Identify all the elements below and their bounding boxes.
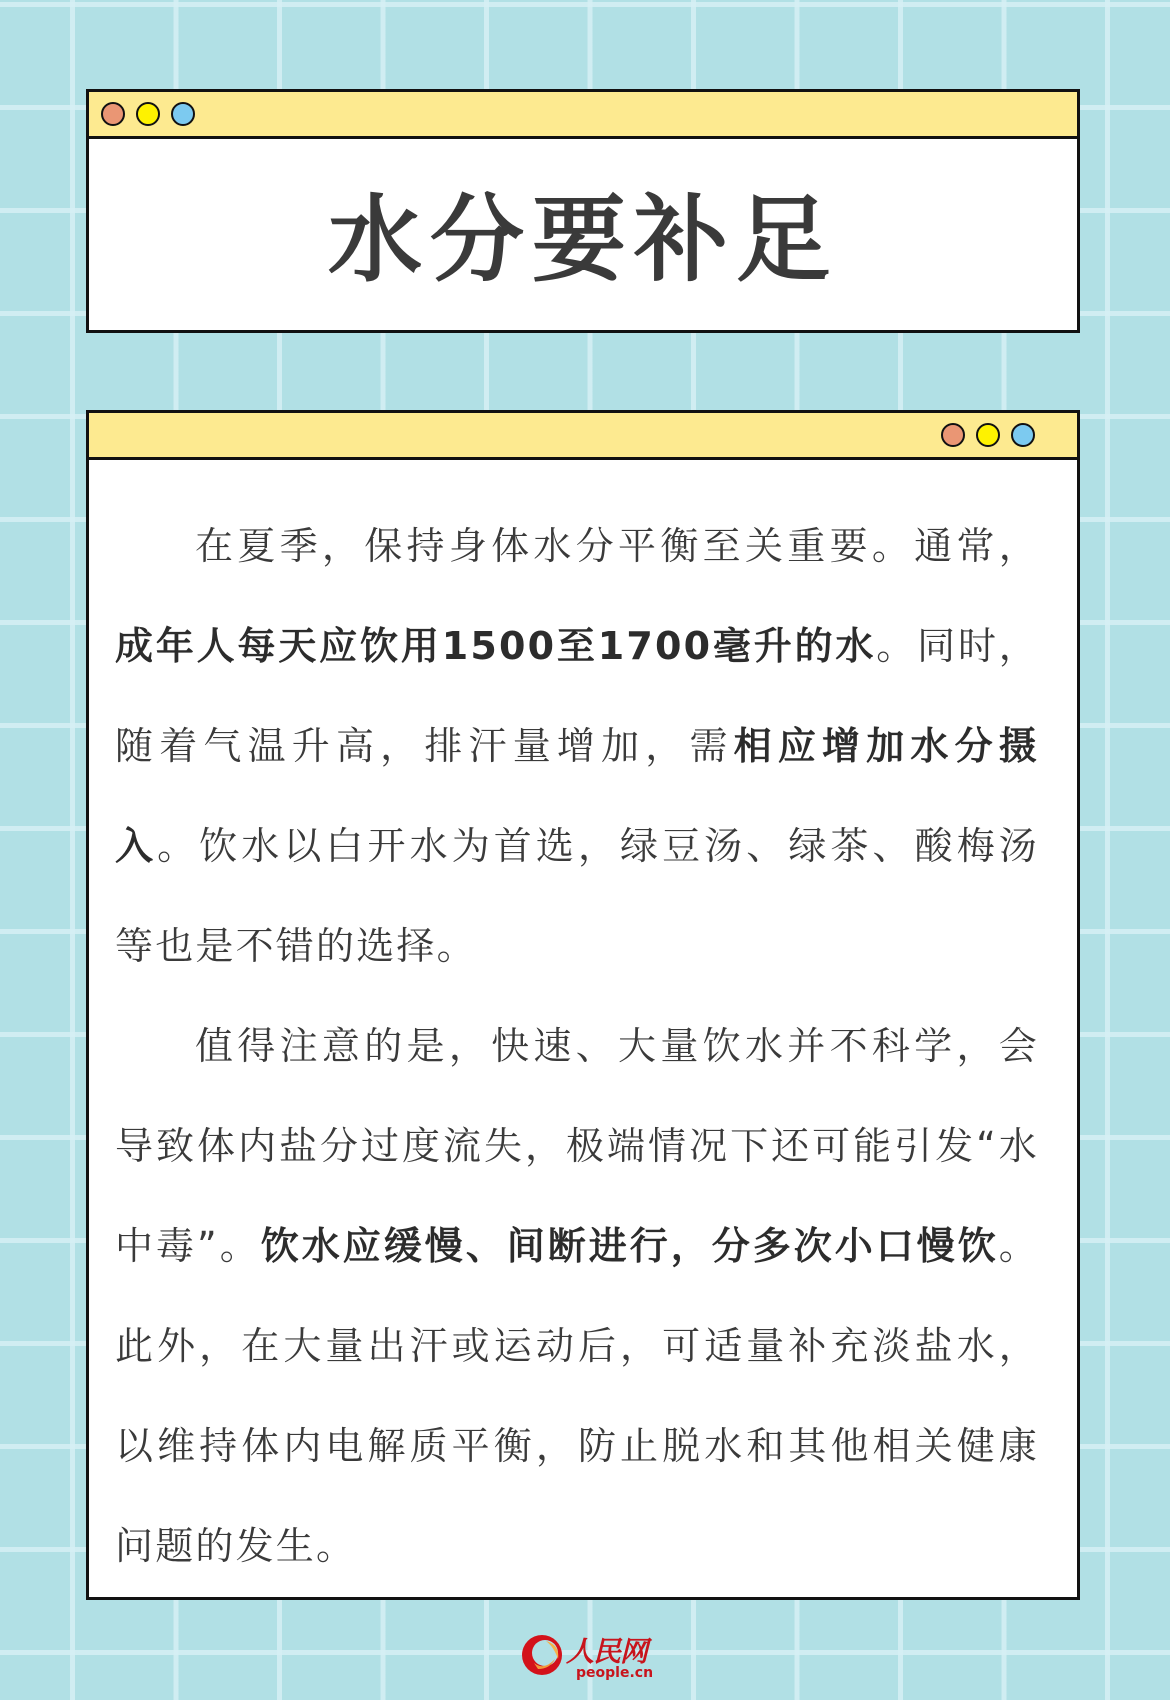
logo-chinese-text: 人民网 xyxy=(566,1630,647,1670)
blue-dot-icon xyxy=(1011,423,1035,447)
paragraph-1: 在夏季，保持身体水分平衡至关重要。通常，成年人每天应饮用1500至1700毫升的… xyxy=(115,496,1039,996)
title-card-header-bar xyxy=(89,92,1077,139)
page-title: 水分要补足 xyxy=(328,164,838,299)
yellow-dot-icon xyxy=(136,102,160,126)
blue-dot-icon xyxy=(171,102,195,126)
content-body: 在夏季，保持身体水分平衡至关重要。通常，成年人每天应饮用1500至1700毫升的… xyxy=(89,460,1077,1596)
highlight-daily-intake: 成年人每天应饮用1500至1700毫升的水 xyxy=(115,624,876,668)
people-cn-logo: 人民网 people.cn xyxy=(520,1630,660,1690)
paragraph-2-text: 。此外，在大量出汗或运动后，可适量补充淡盐水，以维持体内电解质平衡，防止脱水和其… xyxy=(115,1224,1039,1568)
people-logo-mark-icon xyxy=(520,1633,564,1677)
title-body: 水分要补足 xyxy=(89,139,1077,333)
red-dot-icon xyxy=(941,423,965,447)
yellow-dot-icon xyxy=(976,423,1000,447)
content-card: 在夏季，保持身体水分平衡至关重要。通常，成年人每天应饮用1500至1700毫升的… xyxy=(86,410,1080,1600)
logo-english-text: people.cn xyxy=(576,1665,653,1681)
highlight-drink-slowly: 饮水应缓慢、间断进行，分多次小口慢饮 xyxy=(261,1224,999,1268)
paragraph-1-text: 在夏季，保持身体水分平衡至关重要。通常， xyxy=(195,524,1039,568)
content-card-header-bar xyxy=(89,413,1077,460)
title-card: 水分要补足 xyxy=(86,89,1080,333)
paragraph-2: 值得注意的是，快速、大量饮水并不科学，会导致体内盐分过度流失，极端情况下还可能引… xyxy=(115,996,1039,1596)
paragraph-1-text: 。饮水以白开水为首选，绿豆汤、绿茶、酸梅汤等也是不错的选择。 xyxy=(115,824,1039,968)
red-dot-icon xyxy=(101,102,125,126)
